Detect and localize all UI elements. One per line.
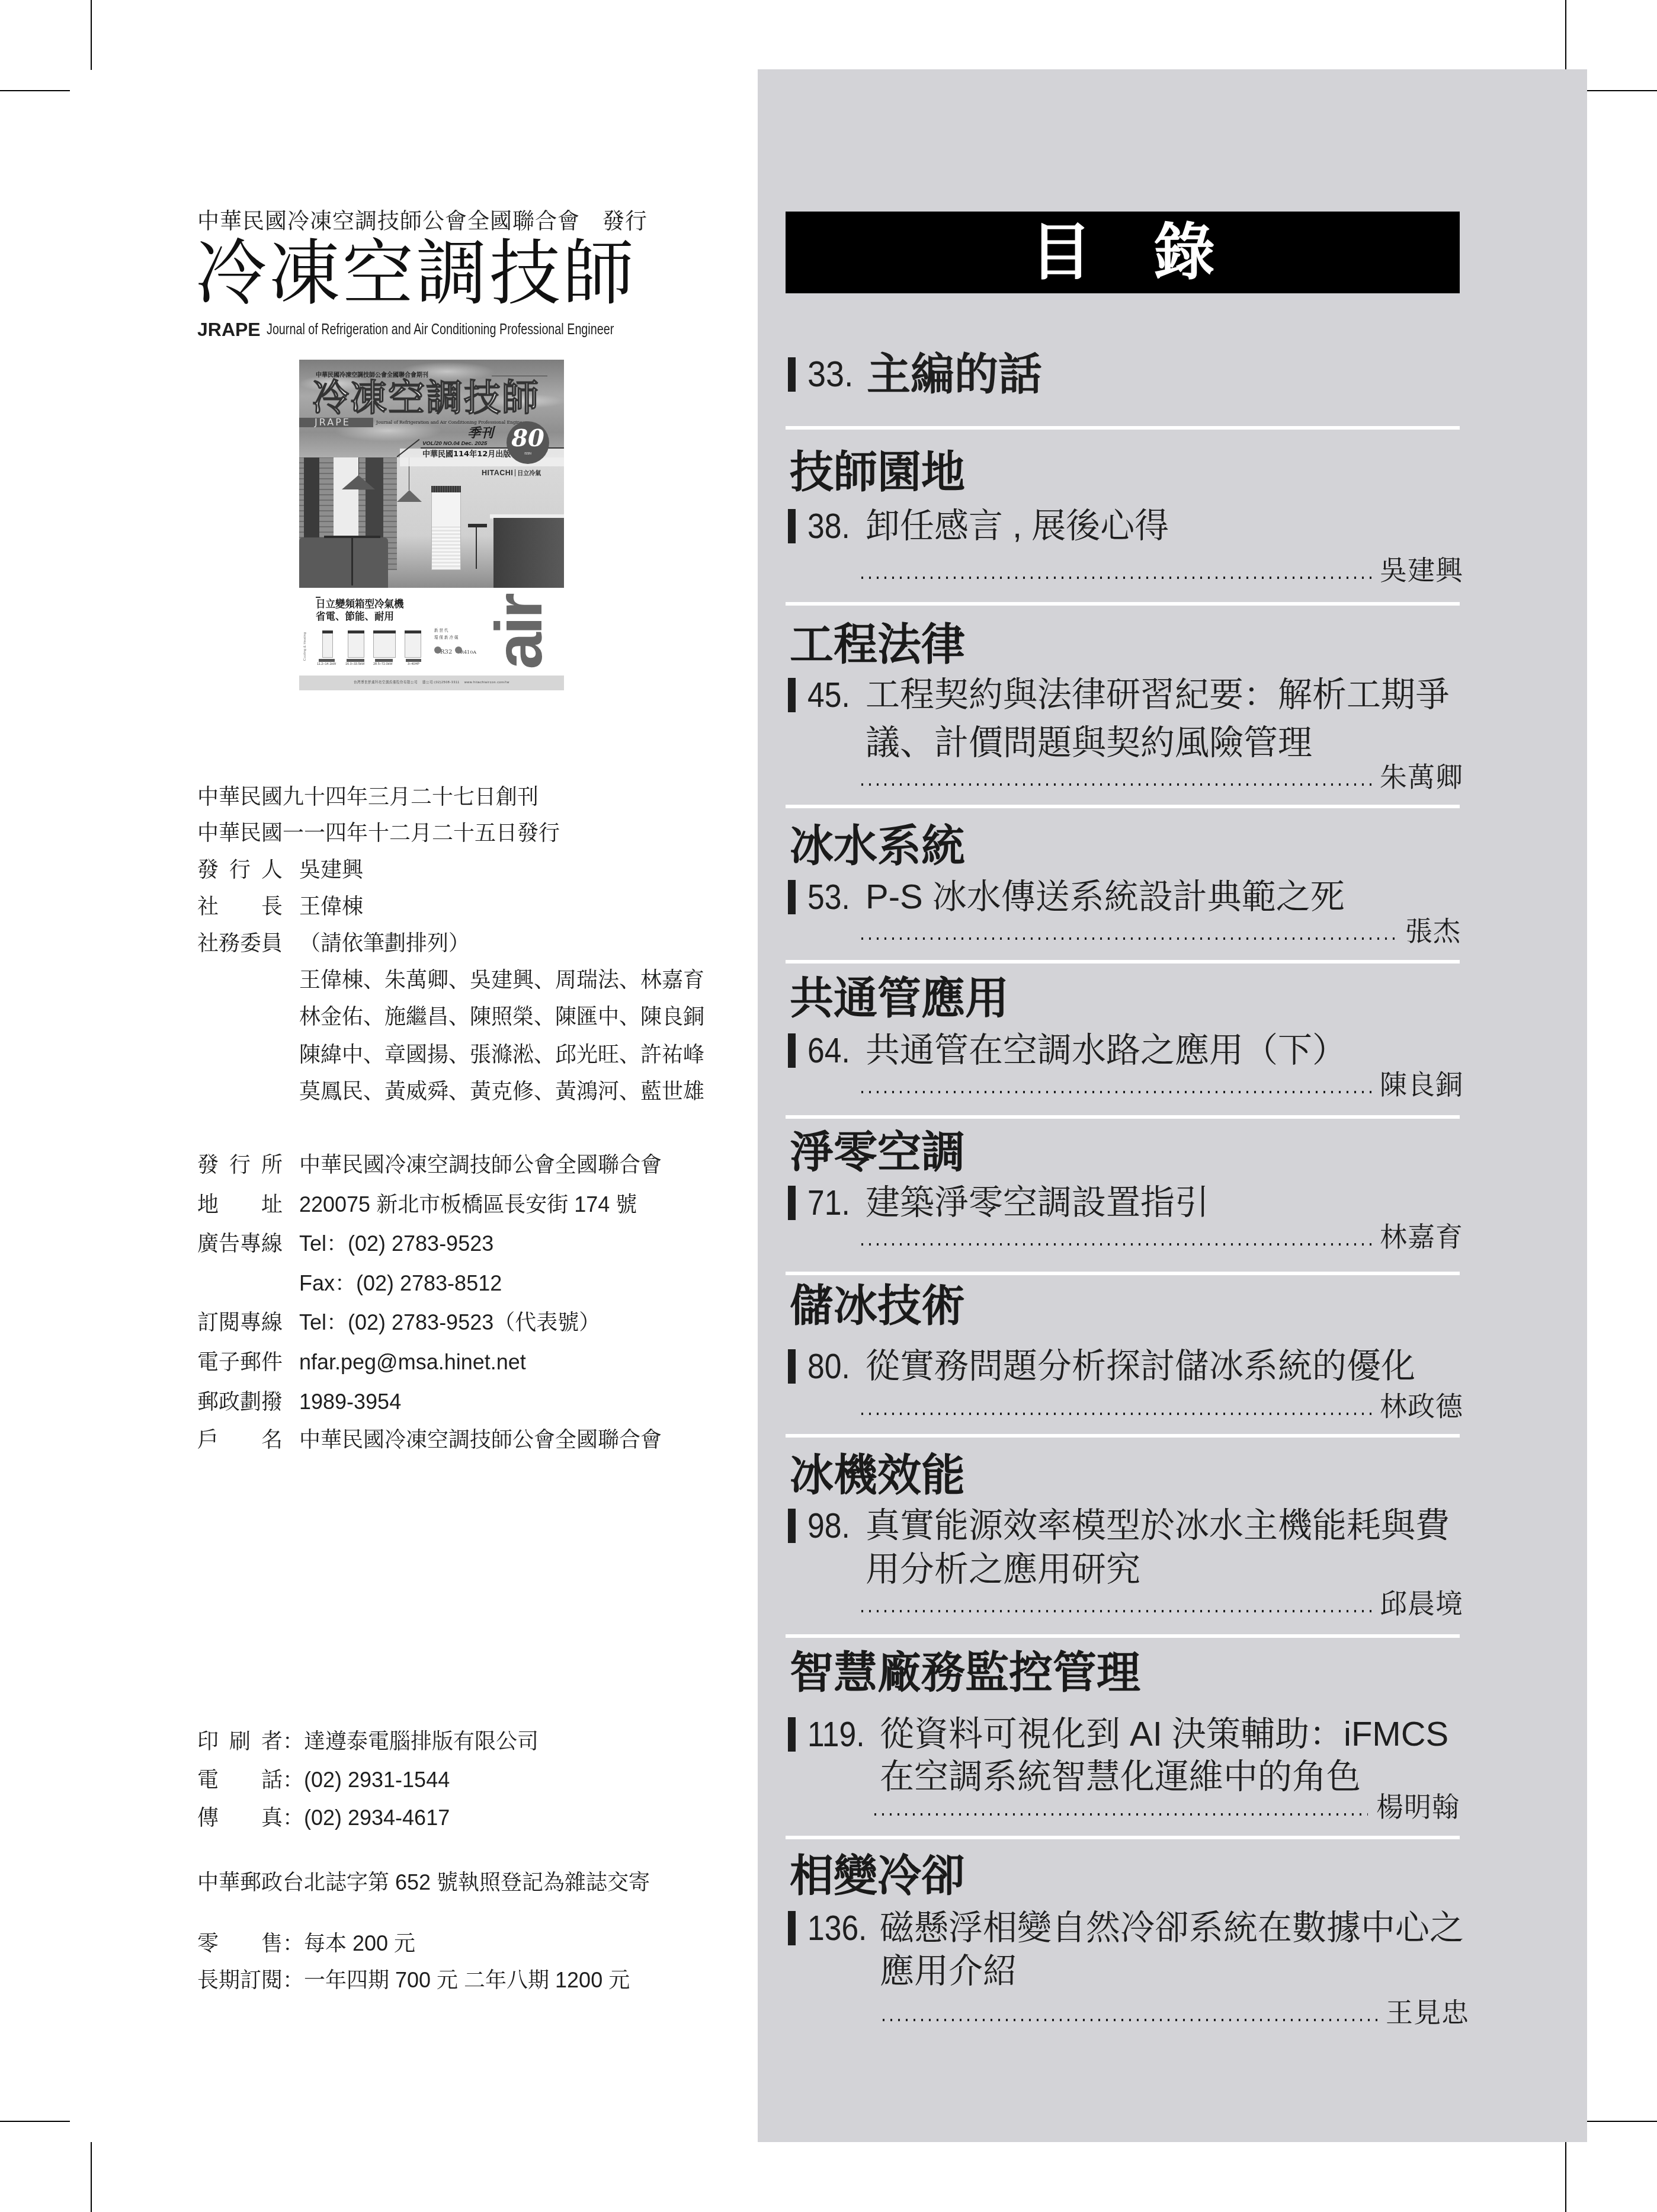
section-divider: [786, 426, 1460, 430]
colon: ：: [283, 1768, 304, 1792]
product-spec: 16.0~33.5kW: [345, 662, 365, 667]
article-marker-bar: [788, 509, 796, 543]
product-tag: [347, 659, 364, 662]
section-divider: [786, 1272, 1460, 1275]
article-author-row: 張杰: [861, 915, 1461, 946]
article-marker-bar: [788, 1033, 796, 1068]
article-author: 王見忠: [1386, 1997, 1469, 2028]
article-title-line[interactable]: 工程契約與法律研習紀要：解析工期爭: [866, 676, 1450, 715]
publisher-line: 中華民國冷凍空調技師公會全國聯合會 發行: [197, 210, 648, 233]
article-author: 朱萬卿: [1380, 761, 1463, 792]
printing-row-phone: 電話：(02) 2931-1544: [197, 1768, 450, 1792]
masthead-value: 王偉棟: [299, 894, 363, 918]
journal-english-name: Journal of Refrigeration and Air Conditi…: [267, 318, 614, 341]
pricing-value: 一年四期 700 元 二年八期 1200 元: [304, 1968, 630, 1992]
colon: ：: [283, 1932, 304, 1955]
contact-row-issuer: 發行所中華民國冷凍空調技師公會全國聯合會: [197, 1153, 662, 1177]
pricing-label: 零售: [197, 1932, 283, 1955]
contact-label: 郵政劃撥: [197, 1390, 283, 1414]
printing-value: (02) 2931-1544: [304, 1768, 450, 1792]
crop-mark-top-left-vertical: [91, 0, 92, 70]
air-conditioner-grille: [431, 486, 461, 492]
founded-date: 中華民國九十四年三月二十七日創刊: [197, 785, 539, 809]
masthead-row-committee: 社務委員（請依筆劃排列）: [197, 931, 470, 955]
crop-mark-top-right-horizontal: [1587, 90, 1657, 91]
contact-row-ad-line: 廣告專線Tel：(02) 2783-9523: [197, 1232, 493, 1256]
dot-leader: [861, 1243, 1371, 1246]
ad-dash: [316, 597, 320, 598]
committee-names: 林金佑、施繼昌、陳照榮、陳匯中、陳良銅: [299, 1005, 704, 1029]
contact-label: 戶名: [197, 1428, 283, 1452]
printing-value: (02) 2934-4617: [304, 1806, 450, 1830]
dot-leader: [861, 1610, 1371, 1612]
pricing-row-subscription: 長期訂閱：一年四期 700 元 二年八期 1200 元: [197, 1968, 630, 1992]
toc-section-heading: 技師園地: [790, 449, 965, 496]
pendant-lamp-icon: [342, 475, 375, 489]
brand-name: HITACHI: [482, 469, 513, 477]
contact-value: Fax：(02) 2783-8512: [299, 1271, 502, 1295]
article-author-row: 邱晨境: [861, 1588, 1463, 1619]
toc-section-heading: 冰機效能: [790, 1452, 965, 1499]
product-tag: [406, 659, 421, 662]
article-page-number: 80.: [807, 1347, 850, 1386]
pricing-value: 每本 200 元: [304, 1931, 415, 1955]
table-leg: [351, 538, 353, 585]
product-unit-top: [322, 630, 333, 633]
article-title-line[interactable]: P-S 冰水傳送系統設計典範之死: [866, 878, 1345, 917]
article-author: 林嘉育: [1380, 1221, 1463, 1252]
pricing-row-retail: 零售：每本 200 元: [197, 1932, 415, 1955]
contact-label: 地址: [197, 1193, 283, 1217]
article-title-line[interactable]: 用分析之應用研究: [866, 1550, 1140, 1589]
product-unit-image: [322, 630, 333, 658]
article-author-row: 林政德: [861, 1391, 1463, 1422]
masthead-row-president: 社長王偉棟: [197, 895, 363, 918]
article-marker-bar: [788, 880, 796, 914]
article-author-row: 陳良銅: [861, 1069, 1463, 1100]
refrigerant-line-2: 環保新冷媒: [434, 636, 460, 641]
article-author-row: 楊明翰: [874, 1791, 1460, 1822]
ad-big-word: air: [489, 589, 549, 676]
product-unit-image: [405, 630, 421, 658]
contact-row-email: 電子郵件nfar.peg@msa.hinet.net: [197, 1350, 526, 1374]
product-spec: 11.2~14.1kW: [317, 662, 336, 667]
contact-row-postal-transfer: 郵政劃撥1989-3954: [197, 1390, 401, 1414]
article-marker-bar: [788, 1186, 796, 1220]
dot-leader: [861, 1413, 1371, 1415]
section-divider: [786, 805, 1460, 808]
toc-section-heading: 共通管應用: [790, 975, 1009, 1022]
issn-label: ISSN: [507, 452, 549, 456]
article-author: 陳良銅: [1380, 1069, 1463, 1100]
dot-leader: [883, 2019, 1377, 2021]
contact-value: 220075 新北市板橋區長安街 174 號: [299, 1192, 637, 1217]
journal-title: 冷凍空調技師: [195, 236, 636, 313]
contact-row-account-name: 戶名中華民國冷凍空調技師公會全國聯合會: [197, 1428, 662, 1452]
issue-date: 中華民國一一四年十二月二十五日發行: [197, 821, 560, 845]
product-spec: 28.5~72.0kW: [373, 662, 393, 667]
contact-row-fax: Fax：(02) 2783-8512: [197, 1272, 502, 1295]
crop-mark-bottom-left-horizontal: [0, 2121, 70, 2122]
article-author-row: 王見忠: [883, 1997, 1469, 2028]
article-page-number: 136.: [807, 1909, 867, 1948]
article-page-number: 38.: [807, 507, 850, 546]
product-spec: 3~40HP: [408, 662, 419, 667]
contact-value: Tel：(02) 2783-9523（代表號）: [299, 1310, 600, 1334]
article-marker-bar: [788, 1509, 796, 1543]
printing-row-fax: 傳真：(02) 2934-4617: [197, 1806, 450, 1830]
article-marker-bar: [788, 1911, 796, 1945]
masthead-value: 吳建興: [299, 857, 363, 882]
masthead-row-publisher: 發行人吳建興: [197, 858, 363, 882]
article-title-line[interactable]: 從實務問題分析探討儲冰系統的優化: [866, 1347, 1415, 1386]
article-marker-bar: [788, 678, 796, 712]
product-tag: [375, 659, 393, 662]
article-marker-bar: [788, 1717, 796, 1752]
product-tag: [319, 659, 335, 662]
bar-counter: [493, 518, 564, 588]
article-page-number: 45.: [807, 676, 850, 715]
cover-abbr: JRAPE: [315, 417, 351, 428]
article-title-line[interactable]: 卸任感言 , 展後心得: [866, 507, 1169, 546]
ad-tagline: 省電、節能、耐用: [316, 611, 394, 623]
colon: ：: [283, 1730, 304, 1753]
article-marker-bar: [788, 1349, 796, 1384]
brand-logo: HITACHI日立冷氣: [482, 468, 541, 477]
article-page-number: 119.: [807, 1715, 865, 1754]
toc-section-heading: 工程法律: [790, 621, 965, 668]
toc-section-heading: 智慧廠務監控管理: [790, 1649, 1140, 1696]
article-title-line[interactable]: 真實能源效率模型於冰水主機能耗與費: [866, 1506, 1450, 1545]
section-divider: [786, 1115, 1460, 1119]
article-page-number: 64.: [807, 1031, 850, 1070]
cover-frequency: 季刊: [467, 426, 493, 440]
contact-row-address: 地址220075 新北市板橋區長安街 174 號: [197, 1193, 637, 1217]
contact-label: 廣告專線: [197, 1232, 283, 1256]
crop-mark-bottom-right-vertical: [1565, 2142, 1566, 2212]
ad-headline: 日立變頻箱型冷氣機: [316, 598, 404, 610]
product-unit-top: [405, 630, 421, 633]
contact-value: Tel：(02) 2783-9523: [299, 1231, 493, 1256]
refrigerant-r32: R32: [440, 649, 452, 656]
committee-names: 陳緯中、章國揚、張滌淞、邱光旺、許祐峰: [299, 1043, 704, 1067]
bar-stool-leg: [476, 527, 477, 569]
editorial-title[interactable]: 主編的話: [867, 351, 1042, 398]
printing-label: 傳真: [197, 1806, 283, 1830]
brand-name-chinese: 日立冷氣: [517, 470, 541, 477]
toc-title: 目 錄: [786, 212, 1460, 293]
toc-section-heading: 淨零空調: [790, 1129, 965, 1176]
dot-leader: [861, 937, 1397, 940]
postal-registration: 中華郵政台北誌字第 652 號執照登記為雜誌交寄: [197, 1871, 650, 1894]
article-author: 楊明翰: [1376, 1791, 1460, 1822]
cover-title: 冷凍空調技師: [312, 379, 540, 418]
masthead-label: 發行人: [197, 858, 283, 882]
printing-label: 印刷者: [197, 1730, 283, 1753]
article-marker-bar: [788, 357, 796, 392]
contact-row-subscription: 訂閱專線Tel：(02) 2783-9523（代表號）: [197, 1311, 600, 1334]
contact-value: 中華民國冷凍空調技師公會全國聯合會: [299, 1153, 662, 1177]
toc-section-heading: 冰水系統: [790, 822, 965, 870]
bar-stool: [468, 524, 487, 527]
section-divider: [786, 1836, 1460, 1839]
refrigerant-line-1: 新世代: [434, 629, 450, 633]
committee-names: 莫鳳民、黃威舜、黃克修、黃鴻河、藍世雄: [299, 1080, 704, 1103]
dot-leader: [861, 577, 1371, 579]
issue-number: 80: [507, 425, 549, 452]
product-unit-image: [373, 630, 396, 658]
ad-footer-url: www.hitachiaircon.com/tw: [464, 681, 509, 684]
section-divider: [786, 602, 1460, 606]
article-title-line[interactable]: 建築淨零空調設置指引: [866, 1183, 1209, 1222]
article-author-row: 朱萬卿: [861, 761, 1463, 792]
sofa: [299, 537, 388, 588]
colon: ：: [283, 1806, 304, 1830]
colon: ：: [283, 1968, 304, 1992]
product-unit-top: [348, 630, 364, 633]
article-author: 吳建興: [1380, 555, 1463, 585]
cover-publish-date: 中華民國114年12月出版: [422, 450, 511, 459]
refrigerant-r410a: R410A: [460, 649, 476, 656]
crop-mark-top-right-vertical: [1565, 0, 1566, 70]
contact-value: nfar.peg@msa.hinet.net: [299, 1350, 526, 1374]
article-page-number: 53.: [807, 878, 850, 917]
section-divider: [786, 960, 1460, 963]
section-divider: [786, 1634, 1460, 1638]
article-title-line[interactable]: 從資料可視化到 AI 決策輔助：iFMCS: [880, 1715, 1448, 1754]
crop-mark-bottom-left-vertical: [91, 2142, 92, 2212]
contact-label: 訂閱專線: [197, 1311, 283, 1334]
ad-footer-text: 台灣博世舒適科技空調設備股份有限公司總公司:(02)2508-3311www.h…: [299, 681, 564, 685]
contact-label: 發行所: [197, 1153, 283, 1177]
article-author: 邱晨境: [1380, 1588, 1463, 1619]
crop-mark-top-left-horizontal: [0, 90, 70, 91]
product-unit-top: [373, 630, 396, 633]
cover-volume: VOL/20 NO.04 Dec. 2025: [422, 440, 487, 447]
journal-english-title: JRAPEJournal of Refrigeration and Air Co…: [197, 318, 706, 341]
ad-footer-phone: 總公司:(02)2508-3311: [422, 681, 460, 684]
toc-section-heading: 儲冰技術: [790, 1282, 965, 1330]
section-divider: [786, 1434, 1460, 1438]
article-title-line[interactable]: 議、計價問題與契約風險管理: [866, 724, 1312, 763]
printing-label: 電話: [197, 1768, 283, 1792]
committee-names: 王偉棟、朱萬卿、吳建興、周瑞法、林嘉育: [299, 968, 704, 992]
contact-value: 中華民國冷凍空調技師公會全國聯合會: [299, 1427, 662, 1452]
article-page-number: 71.: [807, 1183, 850, 1222]
article-page-number: 98.: [807, 1506, 850, 1545]
article-title-line[interactable]: 應用介紹: [880, 1952, 1017, 1991]
article-title-line[interactable]: 磁懸浮相變自然冷卻系統在數據中心之: [880, 1909, 1464, 1948]
contact-label: 電子郵件: [197, 1350, 283, 1374]
ad-footer-band: 台灣博世舒適科技空調設備股份有限公司總公司:(02)2508-3311www.h…: [299, 676, 564, 690]
product-unit-image: [348, 630, 364, 658]
masthead-value: （請依筆劃排列）: [299, 931, 470, 955]
cover-english-title: Journal of Refrigeration and Air Conditi…: [376, 420, 527, 425]
article-author: 張杰: [1405, 915, 1461, 946]
article-page-number: 33.: [807, 351, 854, 398]
crop-mark-bottom-right-horizontal: [1587, 2121, 1657, 2122]
air-conditioner-louver: [432, 526, 460, 567]
ad-side-label: Cooling & Heating: [303, 628, 307, 665]
contact-value: 1989-3954: [299, 1390, 401, 1414]
masthead-label: 社務委員: [197, 931, 283, 955]
dot-leader: [861, 783, 1371, 786]
ad-footer-company: 台灣博世舒適科技空調設備股份有限公司: [354, 681, 418, 684]
dot-leader: [874, 1813, 1368, 1816]
brand-divider: [515, 469, 515, 476]
dot-leader: [861, 1091, 1371, 1093]
printing-value: 達遵泰電腦排版有限公司: [304, 1729, 539, 1753]
article-author-row: 吳建興: [861, 555, 1463, 585]
article-author-row: 林嘉育: [861, 1221, 1463, 1252]
cover-image: 中華民國冷凍空調技師公會全國聯合會期刊 冷凍空調技師 JRAPE Journal…: [299, 360, 564, 694]
printing-row-printer: 印刷者：達遵泰電腦排版有限公司: [197, 1730, 539, 1753]
issue-number-badge: 80 ISSN: [507, 421, 549, 464]
journal-abbreviation: JRAPE: [197, 319, 261, 340]
toc-section-heading: 相變冷卻: [790, 1852, 965, 1900]
window: [334, 457, 358, 546]
masthead-label: 社長: [197, 895, 283, 918]
lamp-cord: [358, 457, 359, 475]
article-title-line[interactable]: 共通管在空調水路之應用（下）: [866, 1031, 1347, 1070]
pricing-label: 長期訂閱: [197, 1968, 283, 1992]
article-author: 林政德: [1380, 1391, 1463, 1422]
pendant-lamp-icon: [397, 490, 422, 502]
